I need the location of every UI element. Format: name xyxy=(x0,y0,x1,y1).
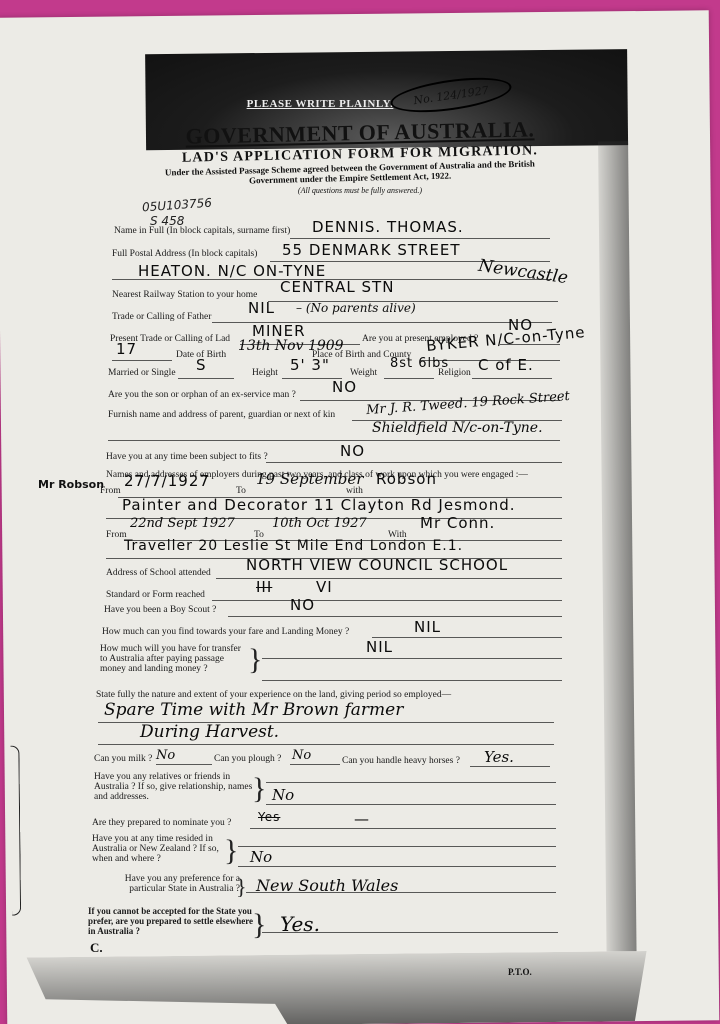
employer1-detail: Painter and Decorator 11 Clayton Rd Jesm… xyxy=(122,496,516,514)
fare-line xyxy=(372,637,562,638)
transfer-brace: } xyxy=(248,645,262,675)
fits-value: NO xyxy=(340,442,365,460)
photocopy-bottom-shading xyxy=(27,951,648,1024)
horses-value: Yes. xyxy=(484,748,514,766)
employer1-from-label: From xyxy=(100,486,121,496)
standard-struck-value: III xyxy=(256,578,272,596)
form-code-mark: C. xyxy=(90,940,103,956)
resided-label: Have you at any time resided in Australi… xyxy=(92,834,232,864)
fits-label: Have you at any time been subject to fit… xyxy=(106,452,268,462)
father-trade-extra: – (No parents alive) xyxy=(296,301,416,315)
employer2-to-value: 10th Oct 1927 xyxy=(272,516,367,531)
nominate-label: Are they prepared to nominate you ? xyxy=(92,818,231,828)
employer2-from-value: 22nd Sept 1927 xyxy=(130,516,235,531)
height-value: 5' 3" xyxy=(290,356,330,374)
employer2-with-value: Mr Conn. xyxy=(420,514,495,532)
milk-line xyxy=(156,764,212,765)
name-line xyxy=(290,238,550,239)
relatives-brace: } xyxy=(252,774,266,804)
experience-line-2 xyxy=(98,744,554,745)
fits-line xyxy=(266,462,562,463)
address-value-1: 55 DENMARK STREET xyxy=(282,241,461,259)
employer2-detail: Traveller 20 Leslie St Mile End London E… xyxy=(124,538,463,554)
father-trade-label: Trade or Calling of Father xyxy=(112,312,211,322)
plough-label: Can you plough ? xyxy=(214,754,281,764)
transfer-value: NIL xyxy=(366,638,393,656)
resided-brace: } xyxy=(224,836,238,866)
father-trade-value: NIL xyxy=(248,299,275,317)
religion-line xyxy=(472,378,552,379)
employer1-with-label: with xyxy=(346,486,363,496)
experience-value-2: During Harvest. xyxy=(140,722,279,742)
resided-line-2 xyxy=(238,866,556,867)
weight-line xyxy=(384,378,434,379)
boy-scout-value: NO xyxy=(290,596,315,614)
preference-value: New South Wales xyxy=(256,876,398,895)
horses-label: Can you handle heavy horses ? xyxy=(342,756,460,766)
marital-line xyxy=(178,378,234,379)
name-value: DENNIS. THOMAS. xyxy=(312,218,464,236)
age-line xyxy=(112,360,172,361)
religion-value: C of E. xyxy=(478,356,534,374)
address-label: Full Postal Address (In block capitals) xyxy=(112,249,257,259)
relatives-line-2 xyxy=(266,804,556,805)
employer1-margin-note: Mr Robson xyxy=(38,478,104,491)
plough-line xyxy=(290,764,340,765)
school-label: Address of School attended xyxy=(106,568,211,578)
please-write-plainly: PLEASE WRITE PLAINLY. xyxy=(0,98,680,110)
plough-value: No xyxy=(292,748,311,763)
milk-label: Can you milk ? xyxy=(94,754,152,764)
standard-label: Standard or Form reached xyxy=(106,590,205,600)
relatives-value: No xyxy=(272,786,294,804)
religion-label: Religion xyxy=(438,368,471,378)
railway-value: CENTRAL STN xyxy=(280,278,394,296)
nominate-line xyxy=(250,828,556,829)
all-questions-note: (All questions must be fully answered.) xyxy=(0,186,720,195)
standard-line xyxy=(212,600,562,601)
fare-value: NIL xyxy=(414,618,441,636)
fare-label: How much can you find towards your fare … xyxy=(102,627,349,637)
boy-scout-label: Have you been a Boy Scout ? xyxy=(104,605,216,615)
transfer-label: How much will you have for transfer to A… xyxy=(100,644,250,674)
nominate-value: — xyxy=(354,810,370,828)
marital-value: S xyxy=(196,356,207,374)
preference-brace: } xyxy=(236,872,247,902)
age-value: 17 xyxy=(116,340,137,358)
guardian-label: Furnish name and address of parent, guar… xyxy=(108,410,335,420)
milk-value: No xyxy=(156,748,175,763)
boy-scout-line xyxy=(228,616,562,617)
photocopy-edge xyxy=(598,141,636,951)
guardian-line-2 xyxy=(108,440,560,441)
employer1-to-label: To xyxy=(236,486,246,496)
height-label: Height xyxy=(252,368,278,378)
railway-label: Nearest Railway Station to your home xyxy=(112,290,257,300)
settle-elsewhere-label: If you cannot be accepted for the State … xyxy=(88,906,258,936)
preference-label: Have you any preference for a particular… xyxy=(92,874,240,894)
employer1-from-value: 27/7/1927 xyxy=(124,472,210,490)
settle-elsewhere-brace: } xyxy=(252,910,266,940)
resided-line-1 xyxy=(238,846,556,847)
please-turn-over: P.T.O. xyxy=(508,967,532,977)
settle-elsewhere-value: Yes. xyxy=(280,912,320,936)
employer1-with-value: Robson xyxy=(376,470,437,488)
weight-label: Weight xyxy=(350,368,377,378)
relatives-label: Have you any relatives or friends in Aus… xyxy=(94,772,254,802)
guardian-value-2: Shieldfield N/c-on-Tyne. xyxy=(372,420,543,436)
name-label: Name in Full (In block capitals, surname… xyxy=(114,226,290,236)
margin-bracket xyxy=(10,746,21,916)
experience-label: State fully the nature and extent of you… xyxy=(96,690,451,700)
ex-service-value: NO xyxy=(332,378,357,396)
resided-value: No xyxy=(250,848,272,866)
ex-service-label: Are you the son or orphan of an ex-servi… xyxy=(108,390,296,400)
transfer-line-1 xyxy=(262,658,562,659)
relatives-line-1 xyxy=(266,782,556,783)
nominate-struck-value: Yes xyxy=(258,810,280,824)
experience-value-1: Spare Time with Mr Brown farmer xyxy=(104,700,403,720)
marital-label: Married or Single xyxy=(108,368,176,378)
school-value: NORTH VIEW COUNCIL SCHOOL xyxy=(246,556,508,574)
transfer-line-2 xyxy=(262,680,562,681)
standard-value: VI xyxy=(316,578,333,596)
horses-line xyxy=(470,766,550,767)
